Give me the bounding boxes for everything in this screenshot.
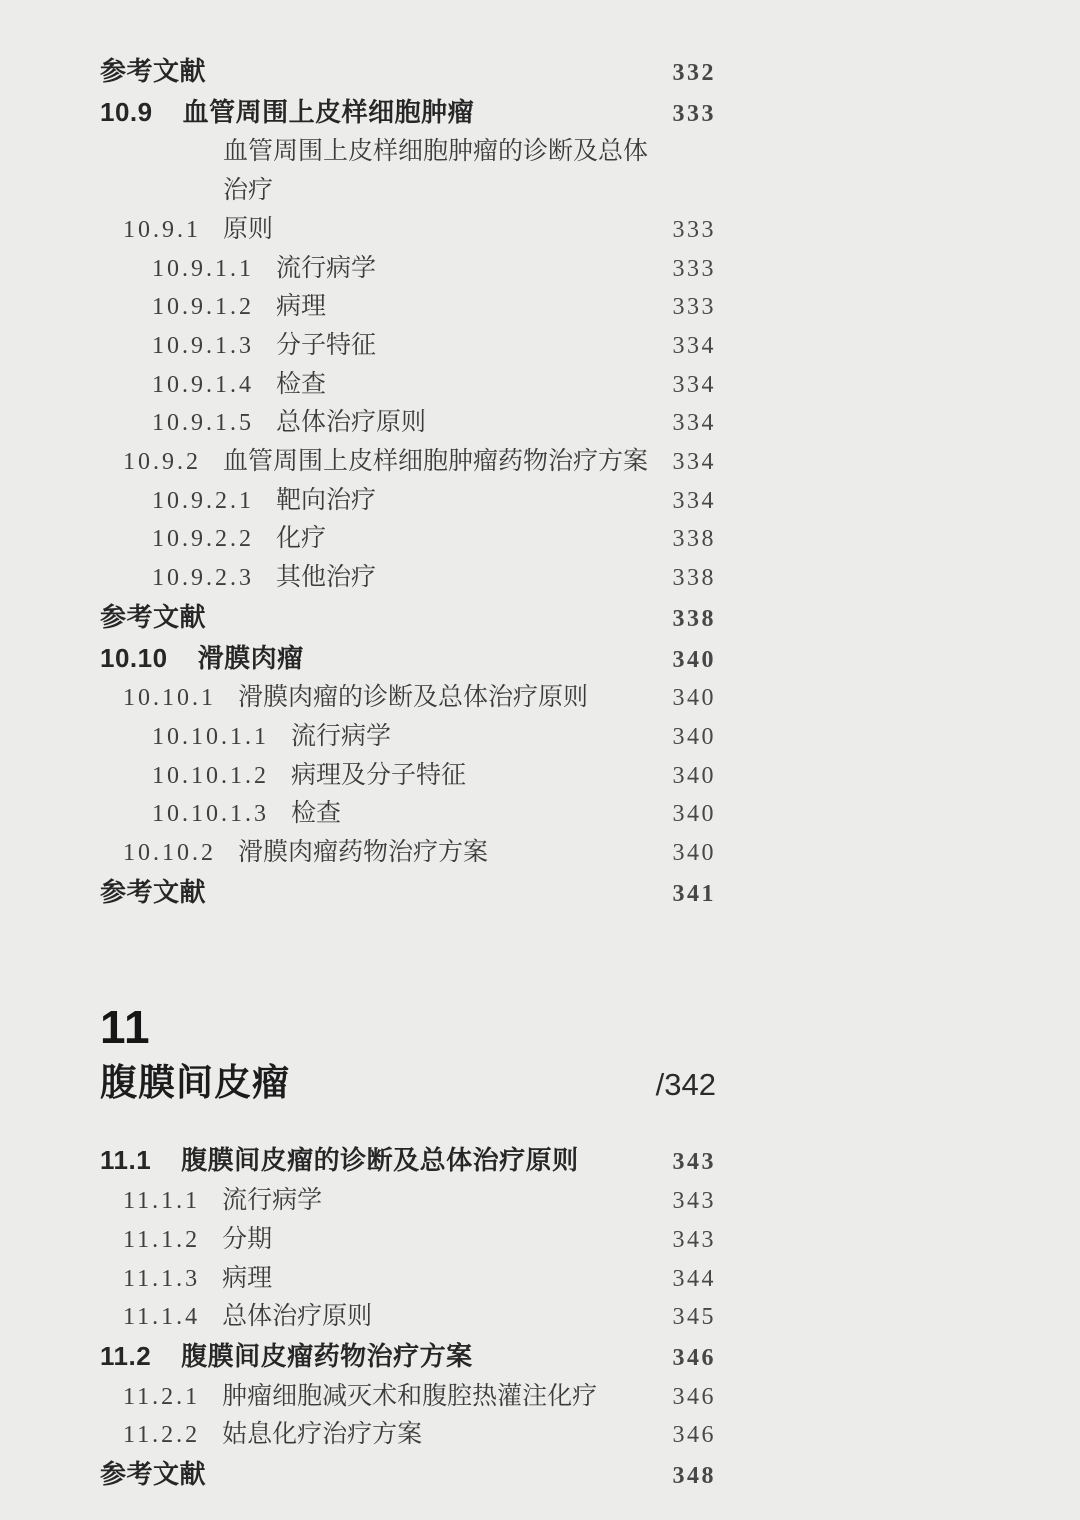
toc-entry-title: 血管周围上皮样细胞肿瘤药物治疗方案 [223, 443, 673, 482]
toc-entry-page: 338 [673, 600, 717, 639]
toc-entry-number: 10.9.1.2 [152, 288, 254, 327]
toc-entry-page: 346 [673, 1416, 717, 1455]
toc-entry-number: 11.1.4 [123, 1298, 200, 1337]
toc-entry: 参考文献341 [100, 873, 716, 914]
toc-entry-page: 343 [673, 1143, 717, 1182]
toc-entry-page: 340 [673, 795, 717, 834]
toc-entry-title: 分子特征 [276, 327, 673, 366]
toc-entry: 参考文献338 [100, 598, 716, 639]
toc-entry-page: 338 [673, 520, 717, 559]
toc-entry-number: 10.9.1.3 [152, 327, 254, 366]
toc-entry-page: 340 [673, 718, 717, 757]
toc-entry: 11.1.1流行病学343 [100, 1182, 716, 1221]
toc-entry-number: 10.9.1.5 [152, 404, 254, 443]
toc-entry-page: 338 [673, 559, 717, 598]
toc-entry: 10.10.1滑膜肉瘤的诊断及总体治疗原则340 [100, 679, 716, 718]
toc-entry-number: 10.9.1.4 [152, 366, 254, 405]
toc-entry: 10.9.2血管周围上皮样细胞肿瘤药物治疗方案334 [100, 443, 716, 482]
toc-entry-title: 病理及分子特征 [291, 757, 673, 796]
toc-entry-page: 346 [673, 1339, 717, 1378]
toc-entry-number: 10.9.2.2 [152, 520, 254, 559]
toc-entry-title: 滑膜肉瘤药物治疗方案 [238, 834, 673, 873]
toc-entry-page: 333 [673, 211, 717, 250]
chapter-start-page: /342 [656, 1063, 716, 1107]
toc-entry: 11.2.2姑息化疗治疗方案346 [100, 1416, 716, 1455]
toc-entry-number: 11.2 [100, 1337, 151, 1376]
toc-entry: 参考文献332 [100, 52, 716, 93]
toc-entry: 10.9.2.2化疗338 [100, 520, 716, 559]
toc-entry-number: 11.1.3 [123, 1260, 200, 1299]
toc-entry-title: 流行病学 [291, 718, 673, 757]
toc-entry-title: 总体治疗原则 [222, 1298, 672, 1337]
toc-entry-page: 333 [673, 95, 717, 134]
toc-entry: 10.9.2.1靶向治疗334 [100, 482, 716, 521]
toc-section-chapter11: 11.1腹膜间皮瘤的诊断及总体治疗原则34311.1.1流行病学34311.1.… [100, 1141, 716, 1495]
chapter-heading: 11 腹膜间皮瘤 /342 [100, 1001, 716, 1107]
toc-entry: 11.1.2分期343 [100, 1221, 716, 1260]
toc-entry-number: 11.1 [100, 1141, 151, 1180]
toc-entry-title: 流行病学 [222, 1182, 672, 1221]
toc-entry-page: 332 [673, 54, 717, 93]
toc-entry-page: 348 [673, 1457, 717, 1496]
toc-entry: 10.9.2.3其他治疗338 [100, 559, 716, 598]
toc-entry-number: 10.10.1 [123, 679, 216, 718]
toc-entry-page: 334 [673, 404, 717, 443]
toc-entry: 10.9.1血管周围上皮样细胞肿瘤的诊断及总体治疗 原则333 [100, 133, 716, 249]
toc-entry-page: 340 [673, 757, 717, 796]
toc-entry-page: 341 [673, 875, 717, 914]
toc-entry-page: 333 [673, 288, 717, 327]
toc-entry-page: 344 [673, 1260, 717, 1299]
toc-entry-page: 334 [673, 443, 717, 482]
toc-entry-page: 343 [673, 1182, 717, 1221]
toc-entry: 11.1.3病理344 [100, 1260, 716, 1299]
toc-entry-page: 334 [673, 366, 717, 405]
toc-entry-title: 血管周围上皮样细胞肿瘤 [183, 93, 673, 132]
toc-entry-number: 10.9 [100, 93, 153, 132]
toc-entry-number: 10.10.1.2 [152, 757, 269, 796]
toc-entry: 10.10.1.2病理及分子特征340 [100, 757, 716, 796]
toc-entry-page: 334 [673, 327, 717, 366]
toc-entry-title: 流行病学 [276, 250, 673, 289]
toc-entry-page: 343 [673, 1221, 717, 1260]
toc-entry-title: 靶向治疗 [276, 482, 673, 521]
toc-entry-number: 11.1.1 [123, 1182, 200, 1221]
toc-entry-number: 10.9.2.1 [152, 482, 254, 521]
toc-entry-title: 姑息化疗治疗方案 [222, 1416, 672, 1455]
toc-entry: 10.9.1.1流行病学333 [100, 250, 716, 289]
toc-entry-title: 腹膜间皮瘤的诊断及总体治疗原则 [181, 1141, 672, 1180]
toc-entry-number: 10.9.1 [123, 211, 201, 250]
toc-entry-title: 化疗 [276, 520, 673, 559]
toc-entry-page: 340 [673, 679, 717, 718]
toc-entry-title: 检查 [276, 366, 673, 405]
content-column: 参考文献33210.9血管周围上皮样细胞肿瘤33310.9.1血管周围上皮样细胞… [100, 52, 716, 1496]
toc-entry-number: 10.9.1.1 [152, 250, 254, 289]
toc-entry-title: 腹膜间皮瘤药物治疗方案 [181, 1337, 672, 1376]
toc-entry: 11.1.4总体治疗原则345 [100, 1298, 716, 1337]
toc-entry-page: 340 [673, 834, 717, 873]
chapter-title-row: 腹膜间皮瘤 /342 [100, 1061, 716, 1107]
toc-entry: 10.9.1.3分子特征334 [100, 327, 716, 366]
toc-entry-title: 病理 [222, 1260, 672, 1299]
toc-entry-number: 11.2.2 [123, 1416, 200, 1455]
toc-entry-page: 333 [673, 250, 717, 289]
toc-entry-title: 其他治疗 [276, 559, 673, 598]
toc-entry: 10.9.1.5总体治疗原则334 [100, 404, 716, 443]
chapter-number: 11 [100, 1001, 716, 1053]
toc-entry-title: 参考文献 [100, 1455, 673, 1494]
toc-entry-number: 10.10 [100, 639, 168, 678]
toc-entry-title: 血管周围上皮样细胞肿瘤的诊断及总体治疗 原则 [223, 133, 673, 249]
toc-entry-number: 11.2.1 [123, 1378, 200, 1417]
toc-entry-title: 肿瘤细胞减灭术和腹腔热灌注化疗 [222, 1378, 672, 1417]
toc-entry: 10.10.1.1流行病学340 [100, 718, 716, 757]
toc-entry-title: 滑膜肉瘤 [198, 639, 673, 678]
toc-entry-page: 334 [673, 482, 717, 521]
toc-entry-number: 10.10.1.1 [152, 718, 269, 757]
toc-entry-title: 参考文献 [100, 598, 673, 637]
toc-entry-number: 10.10.2 [123, 834, 216, 873]
toc-entry: 参考文献348 [100, 1455, 716, 1496]
toc-entry-number: 10.10.1.3 [152, 795, 269, 834]
toc-entry: 10.9.1.2病理333 [100, 288, 716, 327]
toc-entry-title: 参考文献 [100, 52, 673, 91]
toc-entry-page: 340 [673, 641, 717, 680]
toc-entry: 10.10.2滑膜肉瘤药物治疗方案340 [100, 834, 716, 873]
toc-entry: 11.2.1肿瘤细胞减灭术和腹腔热灌注化疗346 [100, 1378, 716, 1417]
toc-entry-number: 10.9.2 [123, 443, 201, 482]
toc-section-chapter10: 参考文献33210.9血管周围上皮样细胞肿瘤33310.9.1血管周围上皮样细胞… [100, 52, 716, 913]
chapter-title: 腹膜间皮瘤 [100, 1061, 656, 1105]
toc-entry: 10.10.1.3检查340 [100, 795, 716, 834]
toc-entry-title: 参考文献 [100, 873, 673, 912]
toc-entry: 11.1腹膜间皮瘤的诊断及总体治疗原则343 [100, 1141, 716, 1182]
toc-entry-number: 11.1.2 [123, 1221, 200, 1260]
toc-entry-page: 345 [673, 1298, 717, 1337]
toc-entry: 11.2腹膜间皮瘤药物治疗方案346 [100, 1337, 716, 1378]
toc-entry-number: 10.9.2.3 [152, 559, 254, 598]
toc-entry-page: 346 [673, 1378, 717, 1417]
toc-entry-title: 分期 [222, 1221, 672, 1260]
toc-entry: 10.9血管周围上皮样细胞肿瘤333 [100, 93, 716, 134]
toc-entry: 10.10滑膜肉瘤340 [100, 639, 716, 680]
toc-page: 参考文献33210.9血管周围上皮样细胞肿瘤33310.9.1血管周围上皮样细胞… [0, 0, 1080, 1520]
toc-entry-title: 检查 [291, 795, 673, 834]
toc-entry-title: 滑膜肉瘤的诊断及总体治疗原则 [238, 679, 673, 718]
toc-entry: 10.9.1.4检查334 [100, 366, 716, 405]
toc-entry-title: 总体治疗原则 [276, 404, 673, 443]
toc-entry-title: 病理 [276, 288, 673, 327]
